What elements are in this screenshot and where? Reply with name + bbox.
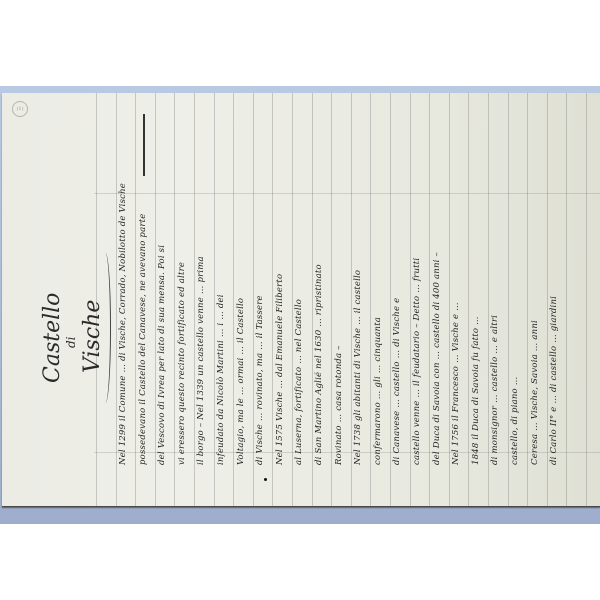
vertical-rule [312,93,313,506]
handwritten-line: del Duca di Savoia con … castello di 400… [432,252,442,465]
title-connector: di [64,336,78,348]
title-brace [100,253,111,403]
handwritten-line: Rovinato … casa rotonda – [334,345,344,465]
handwritten-line: al Luserna, fortificato … nel Castello [294,299,304,465]
ink-dot [264,478,267,481]
vertical-rule [429,93,430,506]
handwritten-line: Nel 1738 gli abitanti di Vische … il cas… [353,270,363,465]
vertical-rule [292,93,293,506]
handwritten-line: Nel 1756 il Francesco … Vische e … [451,302,461,465]
handwritten-line: castello venne … il feudatario – Detto …… [412,258,422,465]
horizontal-rule [94,452,600,453]
handwritten-line: 1848 il Duca di Savoia fu fatto … [471,316,481,465]
vertical-rule [547,93,548,506]
vertical-rule [233,93,234,506]
vertical-rule [351,93,352,506]
vertical-rule [116,93,117,506]
handwritten-line: Ceresa … Vische, Savoia … anni [530,320,540,465]
vertical-rule [214,93,215,506]
vertical-rule [449,93,450,506]
handwritten-line: castello, di piano … [510,377,520,465]
vertical-rule [527,93,528,506]
handwritten-line: di San Martino Aglié nel 1630 … ripristi… [314,264,324,465]
handwritten-line: possedevano il Castello del Canavese, ne… [138,214,148,465]
handwritten-line: il borgo – Nel 1339 un castello venne … … [196,256,206,465]
handwritten-line: vi eressero questo recinto fortificato e… [177,262,187,465]
vertical-rule [253,93,254,506]
document-title: Castello di Vische [38,253,108,413]
handwritten-line: di Vische … rovinato, ma … il Tassere [255,295,265,465]
vertical-rule [331,93,332,506]
handwritten-line: confermarono … gli … cinquanta [373,317,383,465]
horizontal-rule [94,193,600,194]
handwritten-line: di Canavese … castello … di Vische e [392,298,402,465]
vertical-rule [508,93,509,506]
document-page: (1) Castello di Vische Nel 1299 il Comun… [2,93,600,506]
vertical-rule [370,93,371,506]
underline-mark [143,114,145,176]
vertical-rule [174,93,175,506]
vertical-rule [586,93,587,506]
vertical-rule [155,93,156,506]
vertical-rule [410,93,411,506]
vertical-rule [566,93,567,506]
handwritten-line: di monsignor … castello … e altri [490,315,500,465]
handwritten-line: Voltagio, ma le … ormai … il Castello [236,298,246,465]
handwritten-line: Nel 1575 Vische … dal Emanuele Filiberto [275,274,285,465]
archive-stamp-icon: (1) [12,101,28,117]
vertical-rule [390,93,391,506]
vertical-rule [488,93,489,506]
handwritten-line: infeudato da Nicolò Martini … i … dei [216,294,226,465]
vertical-rule [135,93,136,506]
title-main: Castello [40,293,65,383]
vertical-rule [194,93,195,506]
handwritten-line: di Carlo II° e … di castello … giardini [549,296,559,465]
handwritten-line: Nel 1299 il Comune … di Vische, Corrado,… [118,183,128,465]
vertical-rule [468,93,469,506]
vertical-rule [272,93,273,506]
handwritten-line: del Vescovo di Ivrea per lato di sua men… [157,245,167,465]
